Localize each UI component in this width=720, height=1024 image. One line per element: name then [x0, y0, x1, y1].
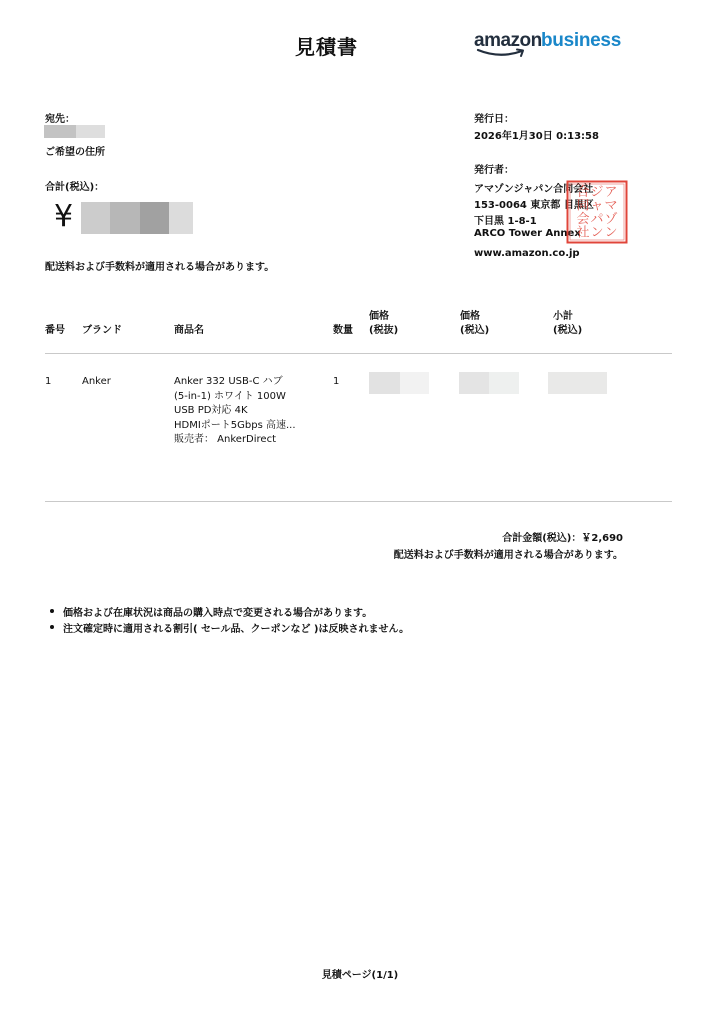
price-ex-tax-redacted — [369, 372, 400, 394]
notes-list: 価格および在庫状況は商品の購入時点で変更される場合があります。 注文確定時に適用… — [50, 603, 409, 635]
col-header-number: 番号 — [45, 324, 65, 338]
recipient-name-redacted — [44, 125, 76, 138]
col-header-price-ex-tax-line1: 価格 — [369, 310, 398, 324]
col-header-price-in-tax-line2: (税込) — [460, 324, 489, 338]
price-in-tax-redacted-2 — [489, 372, 519, 394]
summary-fees-note: 配送料および手数料が適用される場合があります。 — [394, 546, 623, 561]
total-label: 合計(税込)： — [45, 178, 104, 193]
note-item: 注文確定時に適用される割引( セール品、クーポンなど )は反映されません。 — [50, 619, 409, 635]
issuer-label: 発行者： — [474, 161, 514, 176]
svg-text:ン: ン — [604, 226, 617, 241]
col-header-price-in-tax-line1: 価格 — [460, 310, 489, 324]
svg-text:社: 社 — [576, 225, 589, 241]
bullet-icon — [50, 625, 54, 629]
amazon-smile-arrow-icon — [476, 48, 532, 58]
issue-date-value: 2026年1月30日 0:13:58 — [474, 127, 599, 142]
table-header-divider — [45, 353, 672, 354]
svg-text:ン: ン — [590, 226, 603, 241]
col-header-subtotal: 小計 (税込) — [553, 310, 582, 338]
company-seal-icon: アマゾンジャパン合同会社 — [566, 180, 628, 244]
col-header-product: 商品名 — [174, 324, 204, 338]
issuer-website: www.amazon.co.jp — [474, 248, 580, 259]
row-qty: 1 — [333, 375, 339, 390]
product-name-line: HDMIポート5Gbps 高速... — [174, 419, 296, 434]
issue-date-label: 発行日： — [474, 110, 514, 125]
price-in-tax-redacted — [459, 372, 489, 394]
col-header-brand: ブランド — [82, 324, 122, 338]
col-header-price-ex-tax: 価格 (税抜) — [369, 310, 398, 338]
product-name-line: (5-in-1) ホワイト 100W — [174, 390, 296, 405]
total-amount-redacted-4 — [169, 202, 193, 234]
fees-note: 配送料および手数料が適用される場合があります。 — [45, 258, 274, 273]
note-text: 注文確定時に適用される割引( セール品、クーポンなど )は反映されません。 — [63, 620, 409, 635]
note-item: 価格および在庫状況は商品の購入時点で変更される場合があります。 — [50, 603, 409, 619]
total-currency: ¥ — [54, 202, 73, 232]
issuer-street-address: 下目黒 1-8-1 — [474, 212, 537, 227]
logo-text-business: business — [541, 30, 621, 52]
row-number: 1 — [45, 375, 51, 390]
issuer-building: ARCO Tower Annex — [474, 228, 581, 239]
row-brand: Anker — [82, 375, 111, 390]
recipient-address-note: ご希望の住所 — [45, 143, 105, 158]
col-header-subtotal-line1: 小計 — [553, 310, 582, 324]
page-indicator: 見積ページ(1/1) — [0, 966, 720, 981]
bullet-icon — [50, 609, 54, 613]
product-name-line: Anker 332 USB-C ハブ — [174, 375, 296, 390]
total-amount-redacted-2 — [110, 202, 140, 234]
table-bottom-divider — [45, 501, 672, 502]
col-header-subtotal-line2: (税込) — [553, 324, 582, 338]
note-text: 価格および在庫状況は商品の購入時点で変更される場合があります。 — [63, 604, 372, 619]
col-header-price-in-tax: 価格 (税込) — [460, 310, 489, 338]
total-amount-redacted-3 — [140, 202, 169, 234]
row-product: Anker 332 USB-C ハブ (5-in-1) ホワイト 100W US… — [174, 375, 296, 448]
amazon-business-logo: amazon business — [474, 30, 634, 60]
subtotal-redacted — [548, 372, 607, 394]
col-header-price-ex-tax-line2: (税抜) — [369, 324, 398, 338]
recipient-name-redacted-2 — [76, 125, 105, 138]
recipient-label: 宛先： — [45, 110, 75, 125]
grand-total: 合計金額(税込)：￥2,690 — [502, 529, 623, 544]
price-ex-tax-redacted-2 — [400, 372, 429, 394]
document-title: 見積書 — [295, 31, 358, 60]
total-amount-redacted — [81, 202, 110, 234]
col-header-qty: 数量 — [333, 324, 353, 338]
product-seller: 販売者： AnkerDirect — [174, 433, 296, 448]
product-name-line: USB PD対応 4K — [174, 404, 296, 419]
